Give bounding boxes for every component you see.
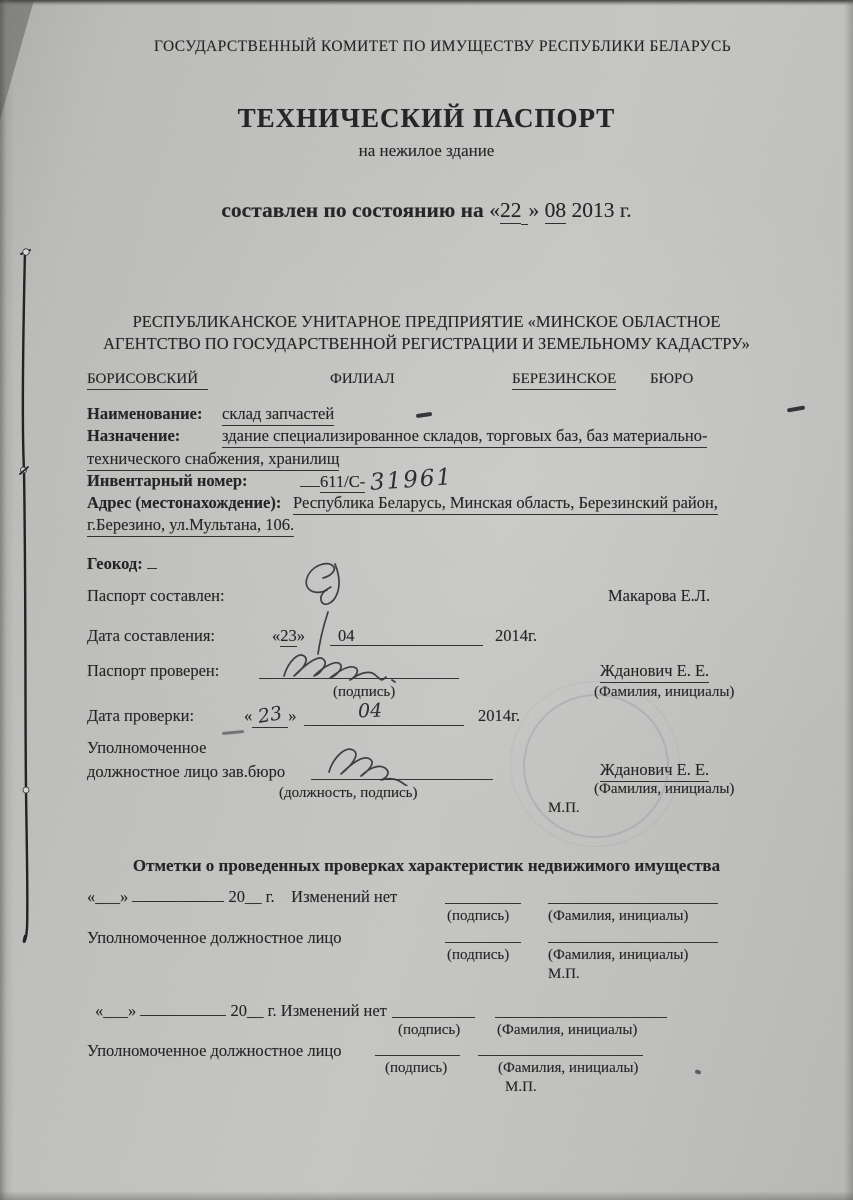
check-date-year: 2014г. bbox=[478, 705, 520, 726]
blank-surname-line bbox=[478, 1039, 643, 1056]
technical-passport-page: ГОСУДАРСТВЕННЫЙ КОМИТЕТ ПО ИМУЩЕСТВУ РЕС… bbox=[0, 0, 853, 1200]
check-date-month: 04 bbox=[358, 700, 383, 723]
speck-icon bbox=[694, 1069, 701, 1075]
signature-caption: (подпись) bbox=[398, 1022, 460, 1039]
signature-caption: (подпись) bbox=[447, 908, 509, 925]
blank-signature-line bbox=[392, 1001, 475, 1018]
handwritten-dash-icon bbox=[787, 405, 805, 412]
address-label: Адрес (местонахождение): bbox=[87, 492, 281, 513]
official-caption: (должность, подпись) bbox=[279, 785, 418, 802]
check-date-label: Дата проверки: bbox=[87, 705, 194, 726]
compiled-by-label: Паспорт составлен: bbox=[87, 585, 225, 606]
check-block1-official-label: Уполномоченное должностное лицо bbox=[87, 927, 342, 948]
purpose-value-line1: здание специализированное складов, торго… bbox=[222, 425, 707, 448]
compiler-name: Макарова Е.Л. bbox=[608, 585, 710, 606]
compiled-label: составлен по состоянию на bbox=[221, 198, 483, 222]
date-year-template: 20__ г. bbox=[231, 1001, 277, 1020]
check-date-month-line bbox=[304, 709, 464, 726]
checked-label: Паспорт проверен: bbox=[87, 660, 219, 681]
compile-date-label: Дата составления: bbox=[87, 625, 215, 646]
agency-line2: АГЕНТСТВО ПО ГОСУДАРСТВЕННОЙ РЕГИСТРАЦИИ… bbox=[0, 334, 853, 354]
page-subtitle: на нежилое здание bbox=[0, 141, 853, 161]
inventory-handwritten-number: 31961 bbox=[370, 467, 454, 494]
compiled-quote-open: « bbox=[489, 198, 500, 222]
inventory-value: 611/С-31961 bbox=[300, 470, 453, 492]
checker-signature bbox=[266, 606, 451, 692]
purpose-label: Назначение: bbox=[87, 425, 180, 446]
no-changes-label: Изменений нет bbox=[291, 887, 397, 906]
address-value-line2: г.Березино, ул.Мультана, 106. bbox=[87, 514, 294, 537]
check-block1-date-row: «___» 20__ г. Изменений нет bbox=[87, 886, 397, 907]
stamp-abbr: М.П. bbox=[505, 1079, 537, 1096]
signature-caption: (подпись) bbox=[333, 684, 395, 701]
inventory-label: Инвентарный номер: bbox=[87, 470, 248, 491]
agency-line1: РЕСПУБЛИКАНСКОЕ УНИТАРНОЕ ПРЕДПРИЯТИЕ «М… bbox=[0, 312, 853, 332]
scan-edge-right bbox=[844, 0, 853, 1200]
surname-caption: (Фамилия, инициалы) bbox=[497, 1022, 637, 1039]
blank-signature-line bbox=[445, 926, 521, 943]
bureau-label: БЮРО bbox=[650, 371, 693, 388]
inventory-prefix: 611/С- bbox=[320, 472, 365, 493]
check-block2-date-row: «___» 20__ г. Изменений нет bbox=[95, 1000, 387, 1021]
handwritten-dash-icon bbox=[416, 412, 432, 418]
date-template: «___» bbox=[87, 887, 128, 906]
handwritten-mark-icon bbox=[222, 730, 244, 734]
name-label: Наименование: bbox=[87, 403, 203, 424]
check-date-day: «23» bbox=[244, 705, 297, 728]
branch-name: БОРИСОВСКИЙ bbox=[87, 371, 208, 390]
branch-label: ФИЛИАЛ bbox=[330, 371, 395, 388]
committee-header: ГОСУДАРСТВЕННЫЙ КОМИТЕТ ПО ИМУЩЕСТВУ РЕС… bbox=[0, 38, 853, 56]
page-title: ТЕХНИЧЕСКИЙ ПАСПОРТ bbox=[0, 103, 853, 134]
stamp-abbr: М.П. bbox=[548, 966, 580, 983]
official-label-line2: должностное лицо зав.бюро bbox=[87, 761, 285, 782]
compile-date-year: 2014г. bbox=[495, 625, 537, 646]
official-label-line1: Уполномоченное bbox=[87, 737, 206, 758]
scan-edge-top bbox=[0, 0, 853, 6]
blank-surname-line bbox=[495, 1001, 667, 1018]
blank-signature-line bbox=[445, 887, 521, 904]
signature-caption: (подпись) bbox=[385, 1060, 447, 1077]
scan-edge-left bbox=[0, 0, 14, 1200]
compiled-quote-close: » bbox=[528, 198, 539, 222]
surname-caption: (Фамилия, инициалы) bbox=[548, 947, 688, 964]
blank-surname-line bbox=[548, 926, 718, 943]
address-value-line1: Республика Беларусь, Минская область, Бе… bbox=[293, 492, 718, 515]
compiled-month: 08 bbox=[545, 198, 567, 224]
check-block2-official-label: Уполномоченное должностное лицо bbox=[87, 1040, 342, 1061]
compiled-year: 2013 г. bbox=[571, 198, 631, 222]
geocode-label: Геокод: bbox=[87, 553, 157, 574]
compiled-line: составлен по состоянию на «22 » 08 2013 … bbox=[0, 198, 853, 225]
no-changes-label: Изменений нет bbox=[281, 1001, 387, 1020]
compiled-day: 22 bbox=[500, 198, 522, 224]
scan-edge-bottom bbox=[0, 1191, 853, 1200]
official-signature bbox=[317, 736, 417, 786]
surname-caption: (Фамилия, инициалы) bbox=[548, 908, 688, 925]
signature-caption: (подпись) bbox=[447, 947, 509, 964]
blank-surname-line bbox=[548, 887, 718, 904]
checks-heading: Отметки о проведенных проверках характер… bbox=[0, 856, 853, 876]
date-template: «___» bbox=[95, 1001, 136, 1020]
name-value: склад запчастей bbox=[222, 403, 334, 426]
checker-name: Жданович Е. Е. bbox=[600, 660, 709, 683]
blank-signature-line bbox=[375, 1039, 460, 1056]
purpose-value-line2: технического снабжения, хранилищ bbox=[87, 448, 339, 471]
compiler-signature bbox=[291, 556, 361, 612]
date-year-template: 20__ г. bbox=[229, 887, 275, 906]
bureau-name: БЕРЕЗИНСКОЕ bbox=[512, 371, 616, 390]
surname-caption: (Фамилия, инициалы) bbox=[498, 1060, 638, 1077]
